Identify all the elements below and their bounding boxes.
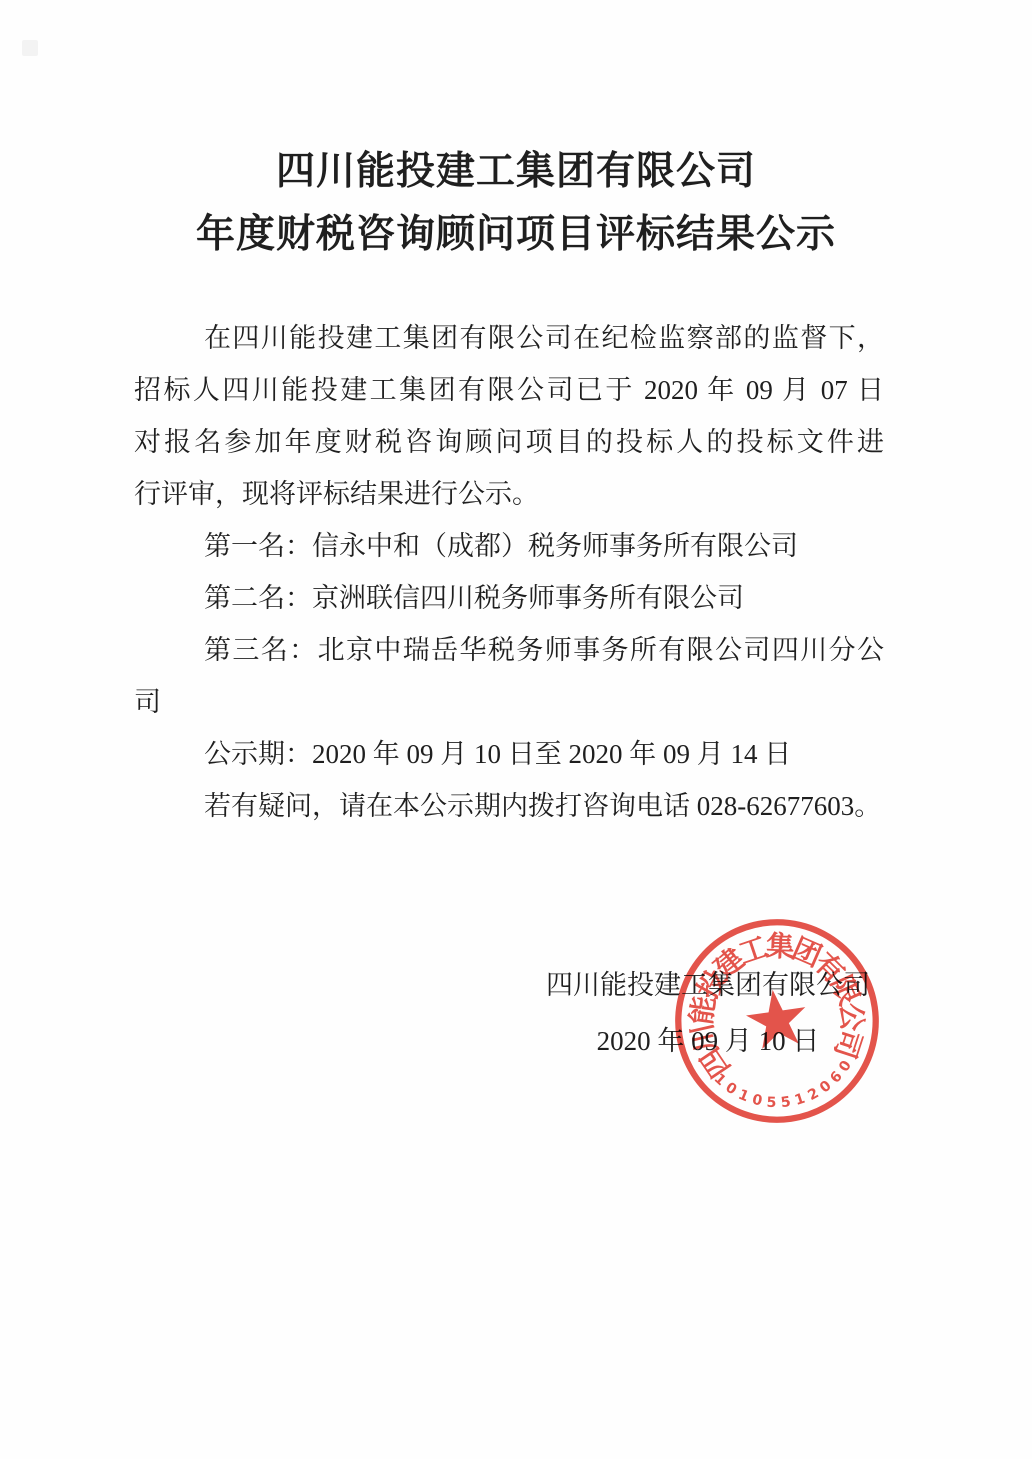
seal-ring-char: 司 (828, 1025, 867, 1062)
body-line: 行评审，现将评标结果进行公示。 (134, 468, 884, 520)
body-line: 对报名参加年度财税咨询顾问项目的投标人的投标文件进 (134, 416, 884, 468)
scan-artifact (22, 40, 38, 56)
document-body: 在四川能投建工集团有限公司在纪检监察部的监督下， 招标人四川能投建工集团有限公司… (134, 312, 884, 832)
body-line: 司 (134, 676, 884, 728)
document-page: 四川能投建工集团有限公司 年度财税咨询顾问项目评标结果公示 在四川能投建工集团有… (0, 0, 1032, 1459)
body-line: 公示期：2020 年 09 月 10 日至 2020 年 09 月 14 日 (134, 728, 884, 780)
company-seal: 5101055120604 四川能投建工集团有限公司 (658, 902, 895, 1139)
document-title: 四川能投建工集团有限公司 年度财税咨询顾问项目评标结果公示 (0, 140, 1032, 266)
body-line: 若有疑问，请在本公示期内拨打咨询电话 028-62677603。 (134, 780, 884, 832)
title-line-2: 年度财税咨询顾问项目评标结果公示 (0, 203, 1032, 266)
body-line: 在四川能投建工集团有限公司在纪检监察部的监督下， (134, 312, 884, 364)
body-line: 第二名：京洲联信四川税务师事务所有限公司 (134, 572, 884, 624)
title-line-1: 四川能投建工集团有限公司 (0, 140, 1032, 203)
seal-star-icon (743, 986, 810, 1051)
body-line: 第一名：信永中和（成都）税务师事务所有限公司 (134, 520, 884, 572)
body-line: 招标人四川能投建工集团有限公司已于 2020 年 09 月 07 日 (134, 364, 884, 416)
body-line: 第三名：北京中瑞岳华税务师事务所有限公司四川分公 (134, 624, 884, 676)
